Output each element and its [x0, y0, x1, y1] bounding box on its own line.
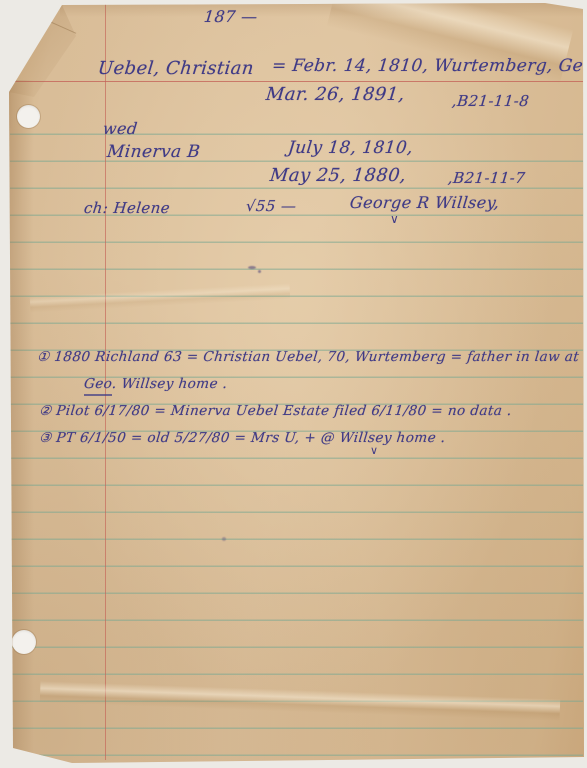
- ink-smudge: [222, 537, 226, 541]
- ink-smudge: [248, 266, 256, 269]
- note-1-line-2: Geo. Willsey home .: [83, 376, 228, 392]
- reference-code-2: ,B21-11-7: [447, 169, 526, 187]
- wed-label: wed: [102, 119, 139, 138]
- reference-code-1: ,B21-11-8: [451, 92, 530, 110]
- check-number: √55 —: [245, 197, 297, 215]
- underline-mark: [84, 394, 112, 396]
- note-3-line-1: ③ PT 6/1/50 = old 5/27/80 = Mrs U, + @ W…: [38, 430, 446, 446]
- down-arrow-mark: ∨: [390, 212, 399, 226]
- spouse-death-line: May 25, 1880,: [269, 165, 407, 186]
- ink-smudge: [258, 270, 261, 273]
- child-spouse-name: George R Willsey,: [349, 193, 500, 212]
- scanned-document-page: 187 — Uebel, Christian = Febr. 14, 1810,…: [0, 0, 587, 768]
- header-line-horizontal: [10, 81, 583, 82]
- page-number: 187 —: [203, 7, 259, 26]
- punch-hole-top: [17, 105, 40, 128]
- spouse-birth-line: July 18, 1810,: [287, 138, 414, 158]
- spouse-name: Minerva B: [106, 142, 201, 162]
- birth-line: = Febr. 14, 1810, Wurtemberg, Ger: [271, 56, 587, 76]
- note-1-line-1: ① 1880 Richland 63 = Christian Uebel, 70…: [36, 349, 580, 365]
- death-line: Mar. 26, 1891,: [265, 84, 406, 105]
- note-2-line-1: ② Pilot 6/17/80 = Minerva Uebel Estate f…: [38, 403, 512, 419]
- punch-hole-bottom: [12, 630, 36, 654]
- children-line: ch: Helene: [83, 199, 171, 217]
- subject-name: Uebel, Christian: [97, 58, 255, 79]
- paper-edge-shading: [8, 80, 34, 768]
- down-arrow-mark: ∨: [370, 444, 378, 457]
- paper-sheet: 187 — Uebel, Christian = Febr. 14, 1810,…: [0, 0, 587, 768]
